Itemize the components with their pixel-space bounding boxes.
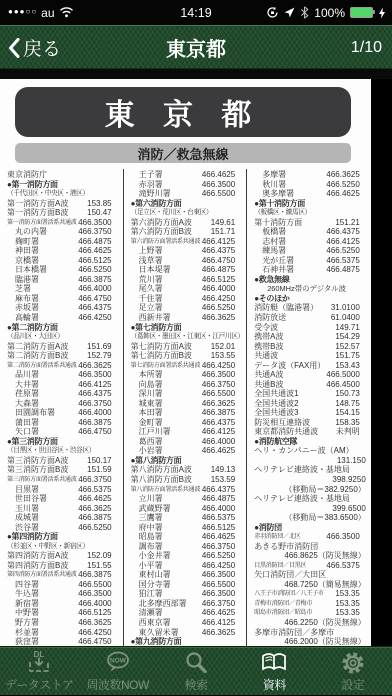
- freq-row: 全国共通波1150.73: [254, 389, 371, 399]
- clock: 14:19: [0, 6, 392, 20]
- freq-row: 千住署466.4250: [131, 294, 247, 304]
- freq-row: 青梅市消防団／青梅市153.35: [254, 599, 371, 609]
- freq-row: 深川署466.5500: [131, 389, 247, 399]
- download-icon: DL: [25, 650, 53, 676]
- freq-row: 向島署466.3750: [131, 380, 247, 390]
- tab-label: データストア: [5, 676, 74, 693]
- battery-icon: [350, 7, 373, 18]
- freq-row: 新宿署466.4000: [7, 599, 123, 609]
- tab-settings[interactable]: 設定: [314, 647, 392, 695]
- value-line: （移動局＝383.6500）: [254, 513, 371, 523]
- category-subtitle: 消防／救急無線: [15, 143, 351, 163]
- freq-row: 共通B波466.4500: [254, 380, 371, 390]
- freq-row: 滝野川署466.5500: [131, 189, 247, 199]
- section-header: ●第十消防方面: [254, 199, 371, 209]
- freq-row: 八王子市消防団／八王子市153.35: [254, 589, 371, 599]
- tab-label: 周波数NOW: [86, 676, 148, 693]
- freq-row: 渋谷署466.5250: [7, 523, 123, 533]
- district-line: （千代田区・中央区・港区）: [7, 189, 123, 199]
- page-indicator: 1/10: [351, 39, 392, 57]
- freq-row: 消防艇（臨港署）31.0100: [254, 303, 371, 313]
- section-header: ●第一消防方面: [7, 180, 123, 190]
- section-header: ●救急無線: [254, 275, 371, 285]
- freq-row: 立川署466.4875: [131, 494, 247, 504]
- freq-row: 携帯B波152.57: [254, 342, 371, 352]
- freq-row: 第八消防方面B波153.59: [131, 475, 247, 485]
- value-line: 466.2000（防災無線）: [254, 637, 371, 646]
- freq-row: 携帯A波154.29: [254, 332, 371, 342]
- freq-row: 城東署466.3625: [131, 399, 247, 409]
- freq-row: 府中署466.5125: [131, 523, 247, 533]
- freq-row: 麹町署466.4875: [7, 237, 123, 247]
- frequency-column-3: 多摩署466.3625秋川署466.5250奥多摩署466.4625●第十消防方…: [247, 169, 371, 646]
- freq-row: 第三消防方面B波151.59: [7, 465, 123, 475]
- freq-row: 小岩署466.4625: [131, 446, 247, 456]
- freq-row: 日本堤署466.4875: [131, 265, 247, 275]
- freq-row: 京橋署466.5125: [7, 256, 123, 266]
- now-bubble-icon: NOW: [104, 650, 132, 676]
- freq-row: 杉並署466.4250: [7, 628, 123, 638]
- back-label: 戻る: [23, 34, 61, 61]
- freq-row: 北多摩西部署466.3750: [131, 599, 247, 609]
- freq-row: 第八消防方面署活系共通波466.4375: [131, 485, 247, 495]
- freq-row: 第一消防方面署活系共通波466.3500: [7, 218, 123, 228]
- freq-row: 防災相互連絡波158.35: [254, 418, 371, 428]
- section-header: ●第七消防方面: [131, 323, 247, 333]
- freq-row: 神田署466.4625: [7, 246, 123, 256]
- freq-row: 三鷹署466.5375: [131, 513, 247, 523]
- freq-row: 浅草署466.4750: [131, 256, 247, 266]
- freq-row: 四谷署466.5500: [7, 580, 123, 590]
- freq-row: 第三消防方面署活系共通波466.3750: [7, 475, 123, 485]
- prefecture-title: 東 京 都: [15, 87, 351, 137]
- freq-row: 第六消防方面署活系共通波466.4125: [131, 237, 247, 247]
- freq-row: 共通波151.75: [254, 351, 371, 361]
- section-header: ●第三消防方面: [7, 437, 123, 447]
- freq-row: 江戸川署466.4125: [131, 427, 247, 437]
- freq-row: 武蔵野署466.4000: [131, 504, 247, 514]
- value-line: 399.6500: [254, 504, 371, 514]
- district-line: （板橋区・練馬区）: [254, 208, 371, 218]
- section-header: ●第六消防方面: [131, 199, 247, 209]
- tab-search[interactable]: 検索: [157, 647, 235, 695]
- label-line: ヘリテレビ連絡波・基地局: [254, 494, 371, 504]
- section-header: ●第二消防方面: [7, 323, 123, 333]
- freq-row: 世田谷署466.4625: [7, 494, 123, 504]
- freq-row: 大森署466.3750: [7, 399, 123, 409]
- freq-row: 西東京署466.4125: [131, 618, 247, 628]
- value-line: 468.7250（簡易無線）: [254, 580, 371, 590]
- freq-row: 狛江署466.3500: [131, 589, 247, 599]
- value-line: 466.8625（防災無線）: [254, 551, 371, 561]
- freq-row: 高輪署466.4250: [7, 313, 123, 323]
- freq-row: 成城署466.3875: [7, 513, 123, 523]
- freq-row: 第六消防方面B波151.71: [131, 227, 247, 237]
- freq-row: 石神井署466.4875: [254, 265, 371, 275]
- freq-row: 多摩署466.3625: [254, 170, 371, 180]
- svg-text:NOW: NOW: [110, 658, 127, 665]
- freq-row: 第六消防方面A波149.61: [131, 218, 247, 228]
- freq-row: 野方署466.3625: [7, 618, 123, 628]
- freq-row: 上野署466.4375: [131, 246, 247, 256]
- nav-shadow: [0, 69, 392, 79]
- freq-row: 小平署466.4250: [131, 561, 247, 571]
- freq-row: 清瀬署466.4625: [131, 608, 247, 618]
- section-header: ●第九消防方面: [131, 637, 247, 646]
- freq-row: 共通A波466.5000: [254, 370, 371, 380]
- freq-row: 日本橋署466.5250: [7, 265, 123, 275]
- value-line: （移動局＝382.9250）: [254, 485, 371, 495]
- search-icon: [182, 650, 210, 676]
- back-button[interactable]: 戻る: [0, 34, 61, 61]
- tab-label: 設定: [341, 676, 364, 693]
- frequency-column-2: 王子署466.4625赤羽署466.3500滝野川署466.5500●第六消防方…: [124, 169, 248, 646]
- district-line: （足立区・荒川区・台東区）: [131, 208, 247, 218]
- freq-row: 玉川署466.3625: [7, 504, 123, 514]
- freq-row: 荒川署466.5125: [131, 275, 247, 285]
- frequency-column-1: 東京消防庁●第一消防方面（千代田区・中央区・港区）第一消防方面A波153.85第…: [0, 169, 124, 646]
- label-line: ヘリ・カンパニー波（AM）: [254, 446, 371, 456]
- tab-materials[interactable]: 資料: [235, 647, 313, 695]
- freq-row: 荻窪署466.4750: [7, 637, 123, 646]
- freq-row: 品川署466.3500: [7, 370, 123, 380]
- tab-label: 資料: [263, 676, 286, 693]
- freq-row: 中野署466.5125: [7, 608, 123, 618]
- value-line: 398.9250: [254, 475, 371, 485]
- freq-row: 赤羽署466.3500: [131, 180, 247, 190]
- freq-row: 第三消防方面A波150.17: [7, 456, 123, 466]
- freq-row: 昭島市消防団／昭島市153.35: [254, 608, 371, 618]
- freq-row: 昭島署466.4625: [131, 532, 247, 542]
- frequency-table: 東京消防庁●第一消防方面（千代田区・中央区・港区）第一消防方面A波153.85第…: [0, 169, 371, 646]
- freq-row: 板橋署466.4375: [254, 227, 371, 237]
- freq-row: 西新井署466.3625: [131, 313, 247, 323]
- section-header: ●そのほか: [254, 294, 371, 304]
- tab-frequency-now[interactable]: NOW 周波数NOW: [78, 647, 156, 695]
- district-line: （葛飾区・墨田区・江東区・江戸川区）: [131, 332, 247, 342]
- freq-row: 第十消防方面151.21: [254, 218, 371, 228]
- freq-row: 第七消防方面A波152.01: [131, 342, 247, 352]
- freq-row: 丸の内署466.3750: [7, 227, 123, 237]
- freq-row: 第四消防方面B波151.55: [7, 561, 123, 571]
- freq-row: 尾久署466.4000: [131, 284, 247, 294]
- freq-row: 蒲田署466.3875: [7, 418, 123, 428]
- freq-row: 第四消防方面署活系共通波466.3875: [7, 570, 123, 580]
- freq-row: 目黒消防団／目黒区466.5375: [254, 561, 371, 571]
- nav-bar: 戻る 東京都 1/10: [0, 25, 392, 69]
- freq-row: 第二消防方面B波152.79: [7, 351, 123, 361]
- freq-row: 練馬署466.5250: [254, 246, 371, 256]
- freq-row: 臨港署466.3875: [7, 275, 123, 285]
- freq-row: 第八消防方面A波149.13: [131, 465, 247, 475]
- freq-row: 第一消防方面B波150.47: [7, 208, 123, 218]
- district-line: （杉並区・中野区・新宿区）: [7, 542, 123, 552]
- section-header: ●第四消防方面: [7, 532, 123, 542]
- freq-row: 消防放送61.0400: [254, 313, 371, 323]
- label-line: 矢口消防団／大田区: [254, 570, 371, 580]
- tab-label: 検索: [185, 676, 208, 693]
- section-header: ●第八消防方面: [131, 456, 247, 466]
- freq-row: 東久留米署466.3625: [131, 628, 247, 638]
- section-header: ●消防団: [254, 523, 371, 533]
- agency-header: 東京消防庁: [7, 170, 123, 180]
- freq-row: 受令波149.71: [254, 323, 371, 333]
- freq-row: 秋川署466.5250: [254, 180, 371, 190]
- freq-row: 東村山署466.3500: [131, 570, 247, 580]
- tab-datastore[interactable]: DL データストア: [0, 647, 78, 695]
- section-header: ●消防航空隊: [254, 437, 371, 447]
- chevron-left-icon: [8, 38, 20, 58]
- value-line: 466.2250（防災無線）: [254, 618, 371, 628]
- tab-bar: DL データストア NOW 周波数NOW 検索 資料: [0, 646, 392, 695]
- freq-row: 矢口署466.4750: [7, 427, 123, 437]
- freq-row: 赤坂署466.4375: [7, 303, 123, 313]
- freq-row: 王子署466.4625: [131, 170, 247, 180]
- freq-row: 第七消防方面署活系共通波466.4250: [131, 361, 247, 371]
- freq-row: 牛込署466.3500: [7, 589, 123, 599]
- freq-row: 大井署466.4125: [7, 380, 123, 390]
- freq-row: 第二消防方面署活系共通波466.3625: [7, 361, 123, 371]
- book-icon: [259, 650, 289, 676]
- document-page: 東 京 都 消防／救急無線 東京消防庁●第一消防方面（千代田区・中央区・港区）第…: [0, 79, 371, 646]
- freq-row: 奥多摩署466.4625: [254, 189, 371, 199]
- freq-row: 志村署466.4125: [254, 237, 371, 247]
- freq-row: 本田署466.3875: [131, 408, 247, 418]
- freq-row: 本所署466.3500: [131, 370, 247, 380]
- freq-row: 目黒署466.5375: [7, 485, 123, 495]
- freq-row: 赤羽消防団／北区466.3500: [254, 532, 371, 542]
- gear-icon: [339, 650, 367, 676]
- document-view[interactable]: 東 京 都 消防／救急無線 東京消防庁●第一消防方面（千代田区・中央区・港区）第…: [0, 79, 392, 646]
- freq-row: 芝署466.4000: [7, 284, 123, 294]
- freq-row: 調布署466.3750: [131, 542, 247, 552]
- freq-row: 東京都消防共通波未判明: [254, 427, 371, 437]
- freq-row: 全国共通波2148.75: [254, 399, 371, 409]
- label-line: あきる野市消防団: [254, 542, 371, 552]
- freq-row: 第一消防方面A波153.85: [7, 199, 123, 209]
- freq-row: 第七消防方面B波153.55: [131, 351, 247, 361]
- label-line: ヘリテレビ連絡波・基地局: [254, 465, 371, 475]
- freq-row: 国分寺署466.5500: [131, 580, 247, 590]
- freq-row: 光が丘署466.5375: [254, 256, 371, 266]
- freq-row: 小金井署466.5250: [131, 551, 247, 561]
- freq-row: 足立署466.5250: [131, 303, 247, 313]
- freq-row: 金町署466.4375: [131, 418, 247, 428]
- freq-row: データ波（FAX用）153.43: [254, 361, 371, 371]
- freq-row: 第四消防方面A波152.09: [7, 551, 123, 561]
- freq-row: 田園調布署466.4000: [7, 408, 123, 418]
- freq-row: 麻布署466.4750: [7, 294, 123, 304]
- freq-row: 荏原署466.4375: [7, 389, 123, 399]
- freq-row: 第二消防方面A波151.69: [7, 342, 123, 352]
- label-line: 多摩市消防団／多摩市: [254, 628, 371, 638]
- note-line: 260MHz帯のデジタル波: [254, 284, 371, 294]
- district-line: （品川区・大田区）: [7, 332, 123, 342]
- freq-row: 全国共通波3154.15: [254, 408, 371, 418]
- district-line: （目黒区・世田谷区・渋谷区）: [7, 446, 123, 456]
- status-bar: ●●●○○ au 14:19 100%: [0, 0, 392, 25]
- freq-row: 葛西署466.4000: [131, 437, 247, 447]
